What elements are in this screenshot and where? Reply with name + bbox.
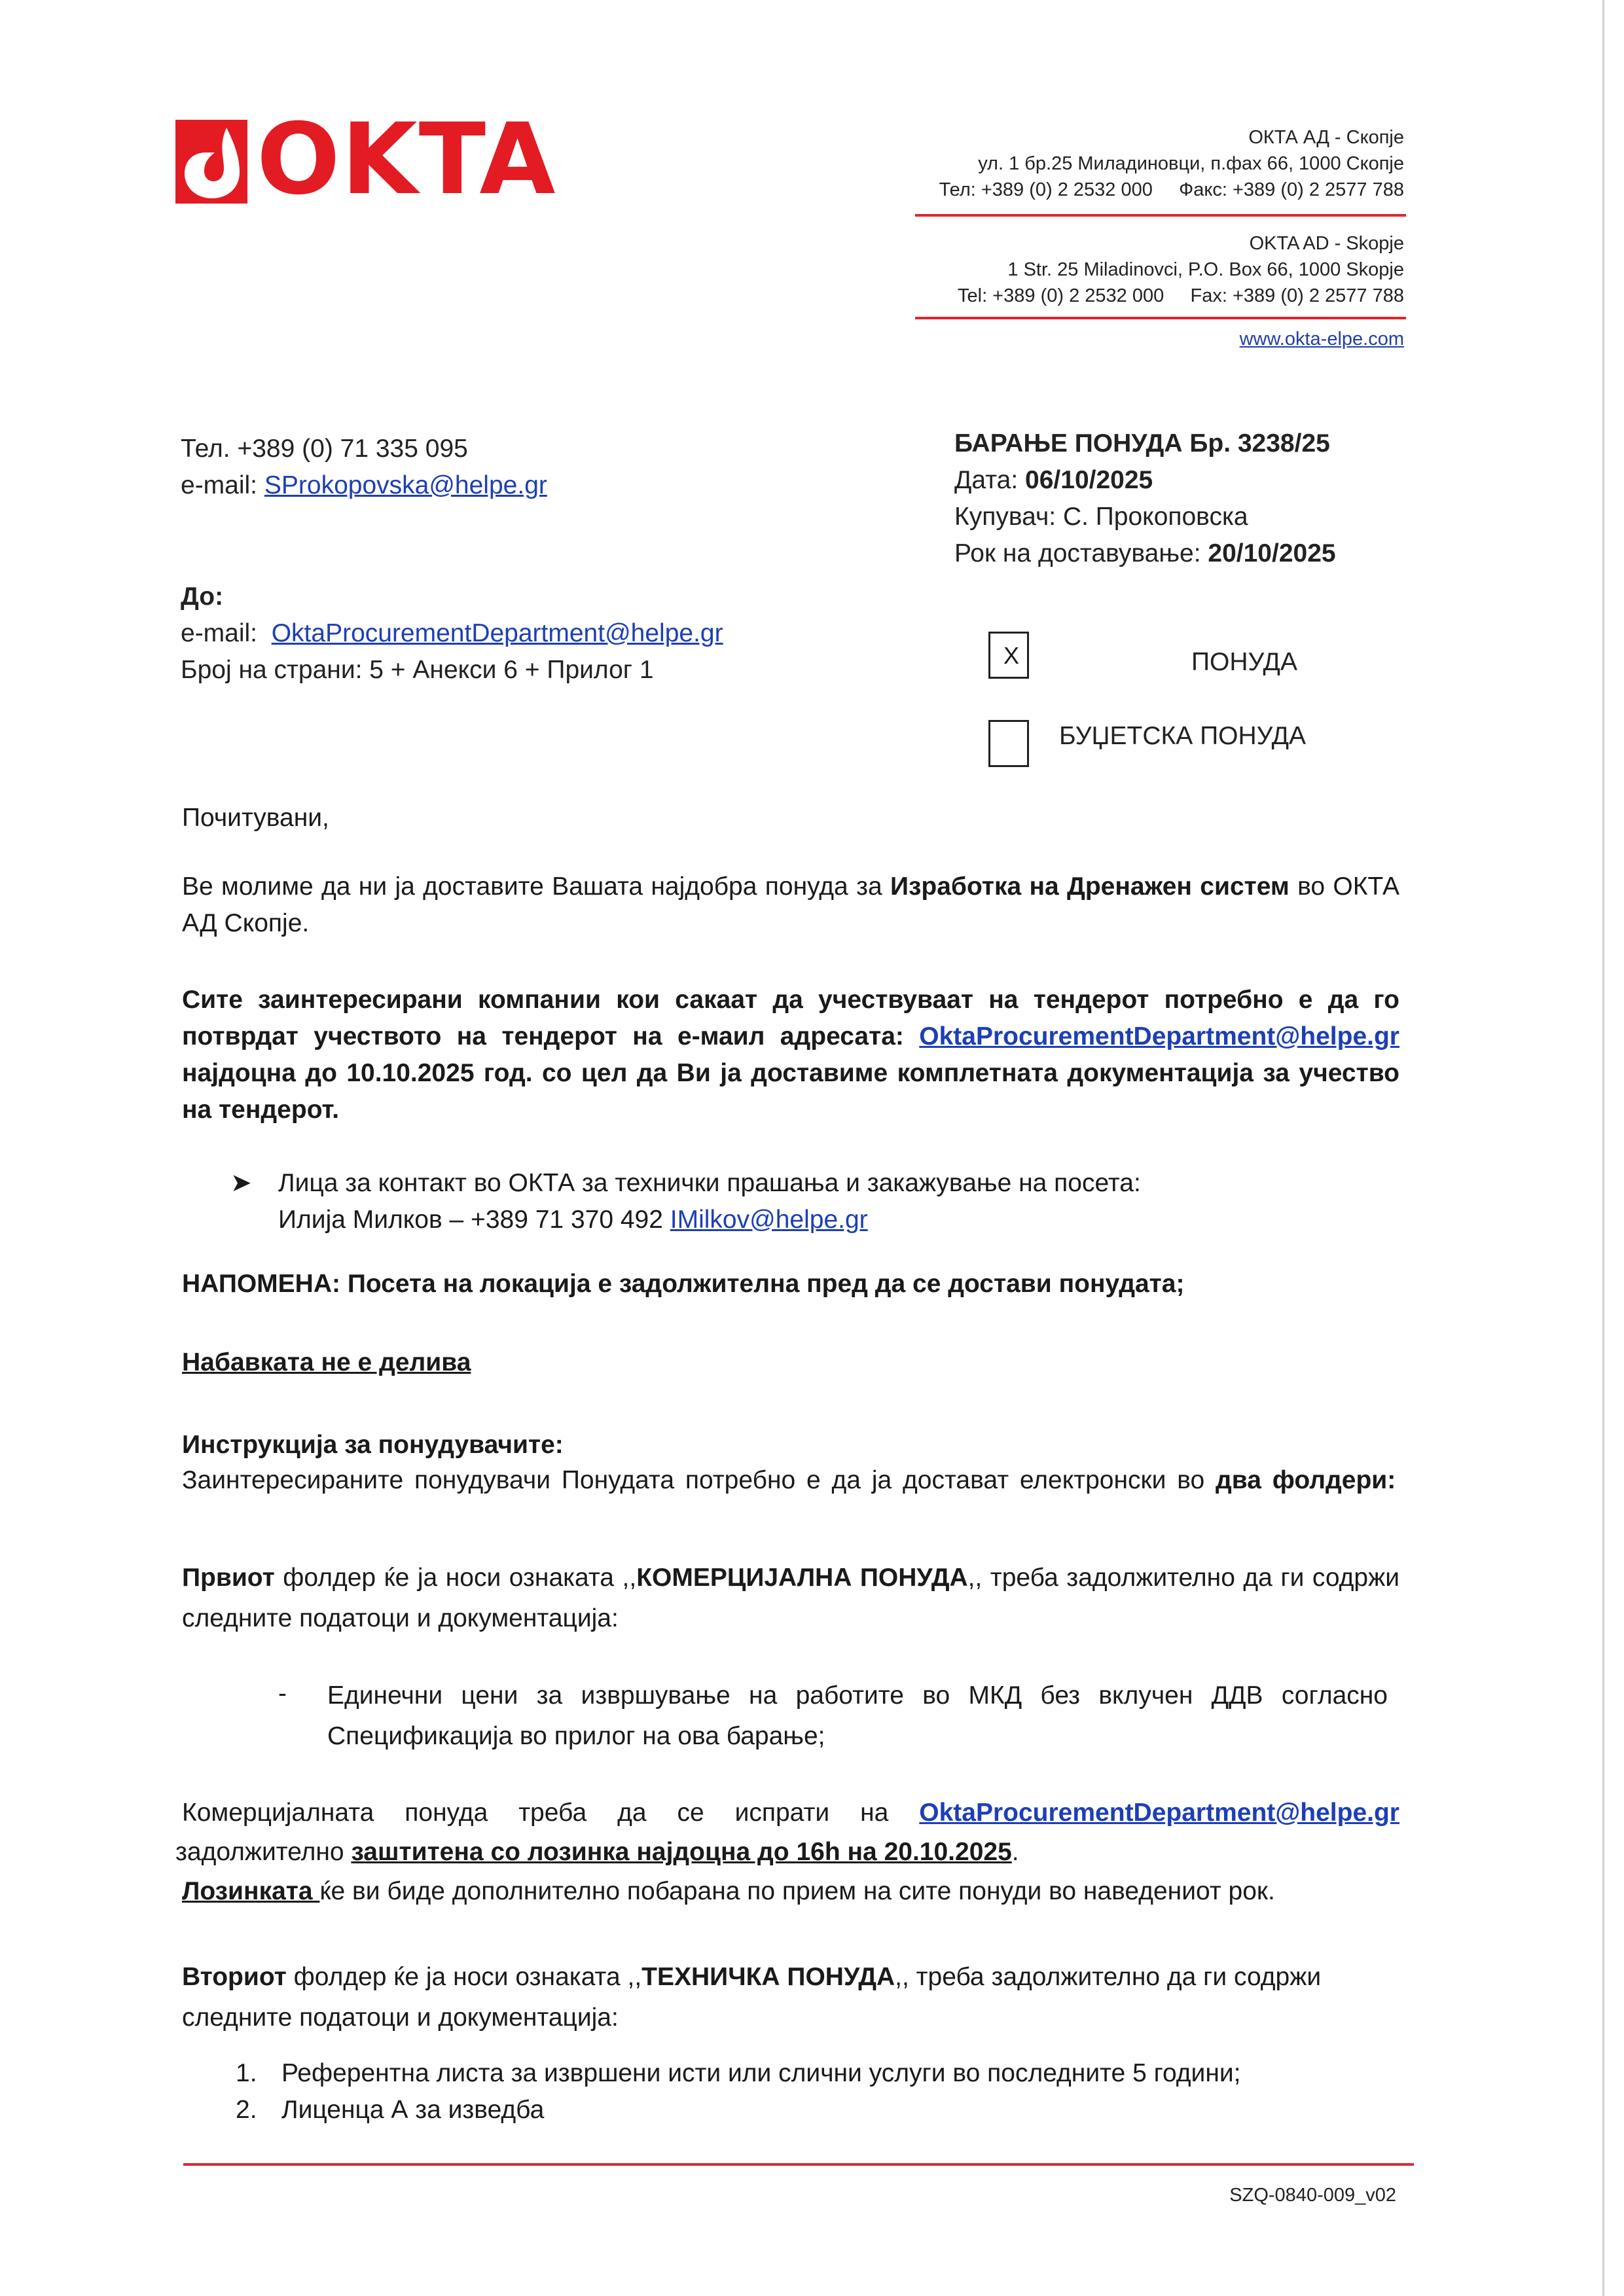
request-date-label: Дата: (954, 466, 1018, 494)
contact-email-link[interactable]: IMilkov@helpe.gr (670, 1206, 868, 1234)
budget-offer-checkbox[interactable] (988, 720, 1029, 767)
contact-person-row: Илија Милков – +389 71 370 492 IMilkov@h… (278, 1202, 1391, 1238)
company-phone-fax-mk: Тел: +389 (0) 2 2532 000 Факс: +389 (0) … (939, 177, 1404, 203)
logo-wordmark: OKTA (257, 111, 557, 209)
okta-logo: OKTA (175, 120, 509, 204)
request-date: 06/10/2025 (1025, 466, 1153, 494)
arrow-bullet-icon: ➤ (230, 1165, 252, 1202)
first-folder-paragraph: Првиот фолдер ќе ја носи ознаката ,,КОМЕ… (182, 1558, 1399, 1639)
offer-checkbox[interactable]: X (988, 632, 1029, 679)
recipient-block: До: e-mail: OktaProcurementDepartment@he… (181, 579, 723, 689)
request-title: БАРАЊЕ ПОНУДА Бр. 3238/25 (954, 425, 1336, 462)
company-address-mk: ул. 1 бр.25 Миладиновци, п.фах 66, 1000 … (939, 151, 1404, 177)
send-text: Комерцијалната понуда треба да се испрат… (182, 1799, 919, 1827)
instructions-paragraph: Заинтересираните понудувачи Понудата пот… (182, 1462, 1399, 1499)
contact-bullet-text: Лица за контакт во ОКТА за технички праш… (278, 1165, 1391, 1202)
company-contact-mk: ОКТА АД - Скопје ул. 1 бр.25 Миладиновци… (939, 124, 1404, 203)
sender-block: Тел. +389 (0) 71 335 095 e-mail: SProkop… (181, 431, 547, 504)
budget-offer-checkbox-label: БУЏЕТСКА ПОНУДА (1059, 722, 1306, 751)
header-divider (915, 214, 1406, 217)
greeting: Почитувани, (182, 800, 1399, 836)
note: НАПОМЕНА: Посета на локација е задолжите… (182, 1266, 1399, 1302)
two-folders: два фолдери (1216, 1466, 1387, 1494)
sender-email-label: e-mail: (181, 471, 257, 499)
list-item-text: Референтна листа за извршени исти или сл… (281, 2059, 1241, 2087)
first-folder-text: фолдер ќе ја носи ознаката ,, (275, 1564, 636, 1592)
intro-text: Ве молиме да ни ја доставите Вашата најд… (182, 872, 890, 901)
not-divisible-notice: Набавката не е делива (182, 1344, 471, 1381)
recipient-to-label: До: (181, 579, 723, 615)
commercial-offer-label: КОМЕРЦИЈАЛНА ПОНУДА (636, 1564, 967, 1592)
second-folder-list: 1.Референтна листа за извршени исти или … (236, 2055, 1241, 2128)
first-folder-label: Првиот (182, 1564, 275, 1592)
send-mandatory: задолжително (175, 1838, 351, 1866)
send-paragraph: Комерцијалната понуда треба да се испрат… (182, 1793, 1399, 1911)
request-deadline-label: Рок на доставување: (954, 539, 1201, 567)
confirmation-email-link[interactable]: OktaProcurementDepartment@helpe.gr (919, 1022, 1399, 1050)
website-link[interactable]: www.okta-elpe.com (1240, 329, 1404, 350)
footer-divider (183, 2163, 1414, 2166)
company-phone-fax-en: Tel: +389 (0) 2 2532 000 Fax: +389 (0) 2… (958, 283, 1404, 309)
dash-bullet: - (278, 1676, 287, 1712)
send-line-2: задолжително заштитена со лозинка најдоц… (182, 1833, 1399, 1872)
confirmation-text-end: најдоцна до 10.10.2025 год. со цел да Ви… (182, 1059, 1399, 1124)
request-date-row: Дата: 06/10/2025 (954, 462, 1336, 499)
company-name-mk: ОКТА АД - Скопје (939, 124, 1404, 151)
sender-phone: Тел. +389 (0) 71 335 095 (181, 431, 547, 467)
first-folder-item: Единечни цени за извршување на работите … (327, 1676, 1388, 1757)
document-code: SZQ-0840-009_v02 (1229, 2185, 1396, 2206)
instructions-text: Заинтересираните понудувачи Понудата пот… (182, 1466, 1216, 1494)
list-item: 2.Лиценца А за изведба (236, 2092, 1241, 2128)
second-folder-paragraph: Вториот фолдер ќе ја носи ознаката ,,ТЕХ… (182, 1957, 1413, 2038)
recipient-email-label: e-mail: (181, 619, 257, 647)
second-folder-label: Вториот (182, 1963, 287, 1991)
request-info: БАРАЊЕ ПОНУДА Бр. 3238/25 Дата: 06/10/20… (954, 425, 1336, 572)
sender-email-link[interactable]: SProkopovska@helpe.gr (264, 471, 547, 499)
contact-person: Илија Милков – +389 71 370 492 (278, 1206, 670, 1234)
confirmation-paragraph: Сите заинтересирани компании кои сакаат … (182, 982, 1399, 1128)
list-item-text: Лиценца А за изведба (281, 2096, 544, 2124)
recipient-email-row: e-mail: OktaProcurementDepartment@helpe.… (181, 615, 723, 652)
company-name-en: OKTA AD - Skopje (958, 230, 1404, 257)
company-contact-en: OKTA AD - Skopje 1 Str. 25 Miladinovci, … (958, 230, 1404, 309)
password-line: Лозинката ќе ви биде дополнително побара… (182, 1872, 1399, 1911)
company-fax-mk: Факс: +389 (0) 2 2577 788 (1179, 179, 1404, 200)
instructions-title: Инструкција за понудувачите: (182, 1427, 1399, 1463)
company-phone-en: Tel: +389 (0) 2 2532 000 (958, 285, 1164, 306)
send-line: Комерцијалната понуда треба да се испрат… (182, 1793, 1399, 1833)
company-phone-mk: Тел: +389 (0) 2 2532 000 (939, 179, 1153, 200)
header-divider (915, 317, 1406, 319)
page-count: Број на страни: 5 + Анекси 6 + Прилог 1 (181, 652, 723, 689)
password-text: ќе ви биде дополнително побарана по прие… (319, 1877, 1274, 1905)
password-label: Лозинката (182, 1877, 319, 1905)
request-deadline: 20/10/2025 (1208, 539, 1335, 567)
list-item: 1.Референтна листа за извршени исти или … (236, 2055, 1241, 2092)
technical-offer-label: ТЕХНИЧКА ПОНУДА (641, 1963, 895, 1991)
instructions-colon: : (1387, 1466, 1396, 1494)
second-folder-text: фолдер ќе ја носи ознаката ,, (287, 1963, 641, 1991)
send-end: . (1012, 1838, 1019, 1866)
request-deadline-row: Рок на доставување: 20/10/2025 (954, 535, 1336, 572)
password-deadline: заштитена со лозинка најдоцна до 16h на … (351, 1838, 1011, 1866)
company-fax-en: Fax: +389 (0) 2 2577 788 (1191, 285, 1404, 306)
sender-email-row: e-mail: SProkopovska@helpe.gr (181, 467, 547, 504)
project-name: Изработка на Дренажен систем (890, 872, 1290, 901)
company-address-en: 1 Str. 25 Miladinovci, P.O. Box 66, 1000… (958, 257, 1404, 283)
contact-bullet: Лица за контакт во ОКТА за технички праш… (278, 1165, 1391, 1238)
drop-icon (175, 120, 247, 204)
request-buyer: Купувач: С. Прокоповска (954, 499, 1336, 535)
recipient-email-link[interactable]: OktaProcurementDepartment@helpe.gr (272, 619, 723, 647)
send-email-link[interactable]: OktaProcurementDepartment@helpe.gr (919, 1799, 1399, 1827)
offer-checkbox-label: ПОНУДА (1191, 648, 1297, 677)
scan-edge (1602, 0, 1604, 2296)
intro-paragraph: Ве молиме да ни ја доставите Вашата најд… (182, 869, 1399, 942)
